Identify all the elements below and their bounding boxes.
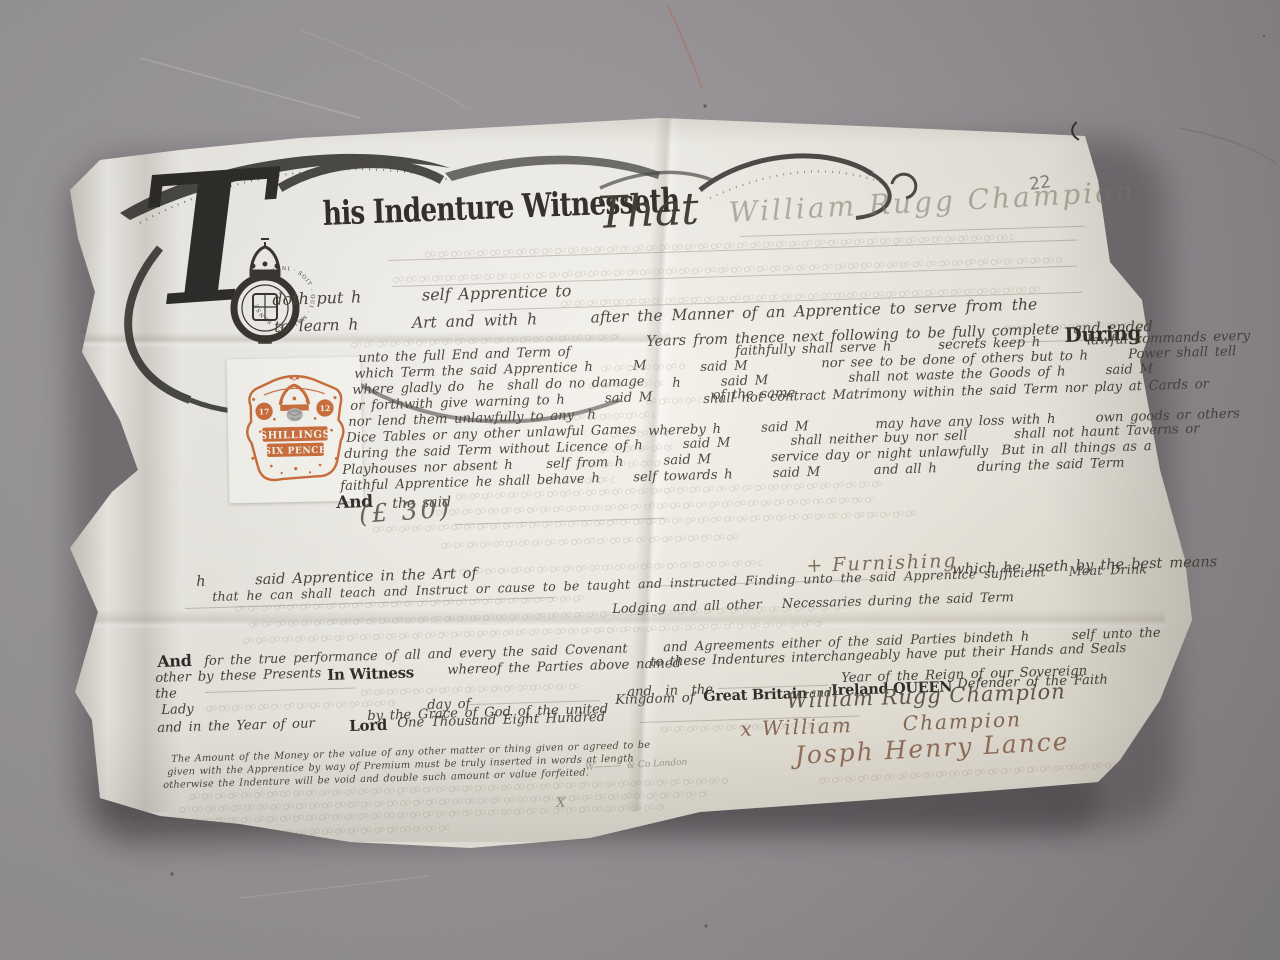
stamp-sixpence-text: SIX PENCE — [264, 445, 326, 457]
photo-of-indenture: T — [0, 0, 1280, 960]
stamp-shillings-text: SHILLINGS — [260, 428, 331, 441]
witness-mark: X — [556, 796, 566, 811]
printed-line: Lady — [161, 702, 194, 718]
stamp-value-right: 12 — [320, 404, 331, 413]
printed-lord: Lord — [349, 716, 387, 735]
printed-line: the — [155, 686, 177, 702]
pencil-number: 22 — [1028, 172, 1052, 195]
revenue-stamp: 17 12 SHILLINGS SIX PENCE — [239, 367, 352, 495]
title-that: That — [596, 184, 700, 239]
printed-and: And — [157, 651, 192, 671]
printed-line: Kingdom of — [615, 691, 695, 708]
stamp-value-left: 17 — [259, 407, 270, 416]
printed-in-witness: In Witness — [327, 663, 414, 684]
